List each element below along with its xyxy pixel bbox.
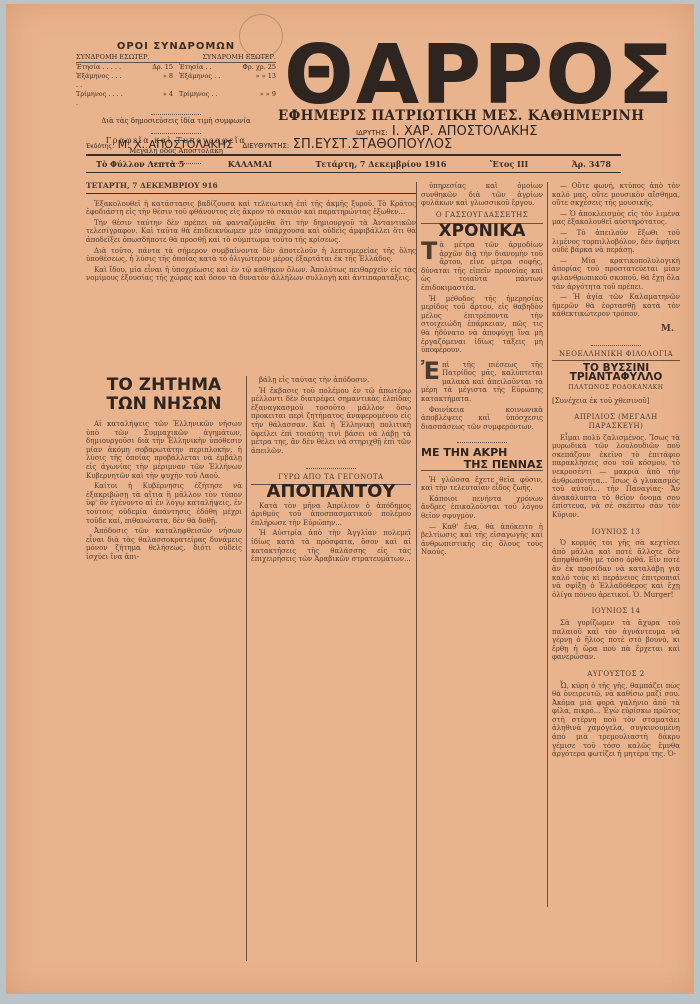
founder-label: ΙΔΡΥΤΗΣ: — [356, 129, 388, 137]
lead-article: ΤΕΤΑΡΤΗ, 7 ΔΕΚΕΜΒΡΙΟΥ 916 Ἐξακολουθεῖ ἡ … — [86, 182, 416, 285]
column-divider — [246, 376, 247, 961]
serial-entry-date: ΑΥΓΟΥΣΤΟΣ 2 — [552, 670, 680, 679]
serial-author: ΠΛΑΤΩΝΟΣ ΡΟΔΟΚΑΝΑΚΗ — [552, 384, 680, 393]
lead-paragraph: Καὶ ἴδου, μία εἶναι ἡ ὑποχρέωσις καὶ ἐν … — [86, 266, 416, 283]
middle-column: βάλῃ εἰς ταύτας τὴν ἀπόδοσιν.Ἡ ἔκβασις τ… — [251, 376, 411, 566]
serial-entry-date: ΑΠΡΙΛΙΟΣ (ΜΕΓΑΛΗ ΠΑΡΑΣΚΕΥΗ) — [552, 413, 680, 430]
akri-paragraph: Ἡ γλῶσσα ἔχετε θεῖα φύσιν, καὶ τὴν τελευ… — [421, 476, 543, 493]
dateline: Τὸ Φύλλον Λεπτὰ 5 ΚΑΛΑΜΑΙ Τετάρτη, 7 Δεκ… — [86, 159, 621, 169]
serial-entry-date: ΙΟΥΝΙΟΣ 14 — [552, 607, 680, 616]
roundup-paragraph: Ἡ Αὐστρία ἀπὸ τὴν Ἀγγλίαν πολεμεῖ ἰδίως … — [251, 529, 411, 563]
chronika-kicker: Ο ΓΑΣΣΟΥΓΔΑΣΣΕΤΗΣ — [421, 211, 543, 220]
islands-paragraph: Καίτοι ἡ Κυβέρνησις ἐζήτησε νὰ ἐξακριβώσ… — [86, 482, 242, 525]
column-paragraph: ὑπηρεσίας καὶ ὁμοίων συνθηκῶν διὰ τῶν ἀγ… — [421, 182, 543, 208]
dateline-rule — [86, 172, 621, 173]
akri-subtitle: ΤΗΣ ΠΕΝΝΑΣ — [421, 461, 543, 471]
third-column: ὑπηρεσίας καὶ ὁμοίων συνθηκῶν διὰ τῶν ἀγ… — [421, 182, 543, 559]
drop-cap: Τ — [421, 241, 437, 261]
chronika-paragraph: Ἡ μέθοδος τῆς ἡμερησίας μερίδος τοῦ ἄρτο… — [421, 295, 543, 355]
islands-article: ΤΟ ΖΗΤΗΜΑ ΤΩΝ ΝΗΣΩΝ Αἱ καταλήψεις τῶν Ἑλ… — [86, 376, 242, 564]
subscription-headers: ΣΥΝΔΡΟΜΗ ΕΣΩΤΕΡ. ΣΥΝΔΡΟΜΗ ΕΞΩΤΕΡ. — [76, 53, 276, 63]
lead-paragraph: Ἐξακολουθεῖ ἡ κατάστασις βαδίζουσα καὶ τ… — [86, 200, 416, 217]
subscription-row: Τρίμηνος . . . . .» 4Τρίμηνος . .» » 9 — [76, 90, 276, 108]
subscription-row: Ἑξάμηνος . . . . .» 8Ἑξάμηνος . .» » 13 — [76, 72, 276, 90]
fourth-column: — Οὔτε φωνή, κτύπος ἀπὸ τὸν καλό μας, οὔ… — [552, 182, 680, 761]
column-divider — [547, 182, 548, 907]
notice-paragraph: Ἐπὶ τῆς πιέσεως τῆς Πατρίδος μᾶς, καλύπτ… — [421, 361, 543, 404]
masthead-rule — [86, 154, 621, 156]
serial-entry-text: Εἶμαι πολὺ ζαλισμένος. Ἴσως τὰ μυρωδικὰ … — [552, 434, 680, 520]
brief-item: — Ὁ ἀποκλεισμὸς εἰς τὸν λιμένα μας ἐξακο… — [552, 210, 680, 227]
serial-entry-text: Ὦ, κύρη ὁ τῆς γῆς, θαμπάζει πὼς θὰ ὀνειρ… — [552, 682, 680, 759]
city: ΚΑΛΑΜΑΙ — [228, 159, 272, 169]
newspaper-title: ΘΑΡΡΟΣ — [284, 38, 675, 114]
islands-title-1: ΤΟ ΖΗΤΗΜΑ — [86, 376, 242, 394]
director-label: ΔΙΕΥΘΥΝΤΗΣ: — [242, 142, 289, 150]
subscription-title: ΟΡΟΙ ΣΥΝΔΡΟΜΩΝ — [76, 42, 276, 51]
islands-paragraph: Ἀπόδοσις τῶν καταληφθεισῶν νήσων εἶναι δ… — [86, 527, 242, 561]
ornament-divider — [591, 340, 641, 346]
subscription-rows: Ἐτησία . . . . .Δρ. 15Ἐτησία . .Φρ. χρ. … — [76, 63, 276, 108]
issue-date: Τετάρτη, 7 Δεκεμβρίου 1916 — [315, 159, 446, 169]
serial-entry-date: ΙΟΥΝΙΟΣ 13 — [552, 528, 680, 537]
ornament-divider — [151, 109, 201, 115]
publisher-label: Ἐκδότης: — [86, 143, 114, 150]
newspaper-subtitle: ΕΦΗΜΕΡΙΣ ΠΑΤΡΙΩΤΙΚΗ ΜΕΣ. ΚΑΘΗΜΕΡΙΝΗ — [278, 108, 644, 124]
newspaper-page: ΟΡΟΙ ΣΥΝΔΡΟΜΩΝ ΣΥΝΔΡΟΜΗ ΕΣΩΤΕΡ. ΣΥΝΔΡΟΜΗ… — [6, 4, 694, 994]
akri-paragraph: Κάποιοι πενήντα χρόνων ἄνδρες ἐπικαλοῦντ… — [421, 495, 543, 521]
chronika-title: ΧΡΟΝΙΚΑ — [421, 223, 543, 236]
issue-price: Τὸ Φύλλον Λεπτὰ 5 — [96, 159, 184, 169]
brief-item: — Οὔτε φωνή, κτύπος ἀπὸ τὸν καλό μας, οὔ… — [552, 182, 680, 208]
brief-item: — Τὸ ἀπειλοῦν ἔξωθι τοῦ λιμένος τορπιλλο… — [552, 229, 680, 255]
brief-item: — Ἡ ἀγία τῶν Καλαματηνῶν ἡμερῶν θὰ ἑορτα… — [552, 293, 680, 319]
serial-kicker: ΝΕΟΕΛΛΗΝΙΚΗ ΦΙΛΟΛΟΓΙΑ — [552, 350, 680, 362]
roundup-paragraph: Κατὰ τὸν μῆνα Ἀπρίλιον ὁ ἀπόδημος ἀριθμὸ… — [251, 502, 411, 528]
drop-cap: Ἐ — [421, 361, 440, 381]
roundup-title: ΑΠΟΠΑΝΤΟΥ — [251, 488, 411, 497]
lead-paragraph: Διὰ τοῦτο, πάντα τὰ σήμερον συμβαίνοντα … — [86, 247, 416, 264]
brief-item: — Μία κρατικοπολυλογικὴ ἀπορίας τοῦ προσ… — [552, 257, 680, 291]
ornament-divider — [306, 463, 356, 469]
ad-notice: Διὰ τὰς δημοσιεύσεις ἰδία τιμὴ συμφωνία — [76, 117, 276, 126]
islands-paragraph: Αἱ καταλήψεις τῶν Ἑλληνικῶν νήσων ὑπὸ τῶ… — [86, 420, 242, 480]
lead-paragraph: Τὴν θέσιν ταύτην δὲν πρέπει νὰ φανταζώμε… — [86, 219, 416, 245]
islands-title-2: ΤΩΝ ΝΗΣΩΝ — [86, 394, 242, 414]
middle-paragraph: Ἡ ἔκβασις τοῦ πολέμου ἐν τῷ ἀπωτέρῳ μέλλ… — [251, 387, 411, 456]
publisher-line: Ἐκδότης: Μ. Χ. ΑΠΟΣΤΟΛΑΚΗΣ ΔΙΕΥΘΥΝΤΗΣ: Σ… — [86, 137, 616, 152]
serial-note: [Συνέχεια ἐκ τοῦ χθεσινοῦ] — [552, 397, 680, 406]
serial-title: ΤΟ ΒΥΣΣΙΝΙ ΤΡΙΑΝΤΑΦΥΛΛΟ — [552, 364, 680, 381]
chronika-paragraph: Τὰ μέτρα τῶν ἁρμοδίων ἀρχῶν διὰ τὴν διαν… — [421, 241, 543, 293]
subscription-row: Ἐτησία . . . . .Δρ. 15Ἐτησία . .Φρ. χρ. … — [76, 63, 276, 72]
publisher-name: Μ. Χ. ΑΠΟΣΤΟΛΑΚΗΣ — [118, 138, 233, 151]
ornament-divider — [151, 128, 201, 134]
middle-paragraph: βάλῃ εἰς ταύτας τὴν ἀπόδοσιν. — [251, 376, 411, 385]
year-number: Ἔτος ΙΙΙ — [490, 159, 528, 169]
ornament-divider — [457, 437, 507, 443]
akri-paragraph: — Καθ' ἓνα, θὰ ἀπόκειτο ἡ βελτίωσις καὶ … — [421, 523, 543, 557]
lead-date-head: ΤΕΤΑΡΤΗ, 7 ΔΕΚΕΜΒΡΙΟΥ 916 — [86, 182, 416, 194]
akri-title: ΜΕ ΤΗΝ ΑΚΡΗ — [421, 449, 543, 458]
serial-entry-text: Ὁ κορμός τοι γῆς σὰ κεχτίσει ἀπὸ μᾶλλα κ… — [552, 539, 680, 599]
director-name: ΣΠ.ΕΥΣΤ.ΣΤΑΘΟΠΟΥΛΟΣ — [293, 137, 452, 152]
issue-number: Ἀρ. 3478 — [572, 159, 611, 169]
briefs-signature: Μ. — [558, 325, 674, 334]
serial-entry-text: Σὰ γυρίζωμεν τὰ ἄχυρα τοῦ παλαιοῦ καὶ τὸ… — [552, 619, 680, 662]
column-divider — [416, 182, 417, 962]
notice-paragraph: Φοινίκεια κοινωνικὰ ἀποβλέψεις καὶ ὑπόσχ… — [421, 406, 543, 432]
